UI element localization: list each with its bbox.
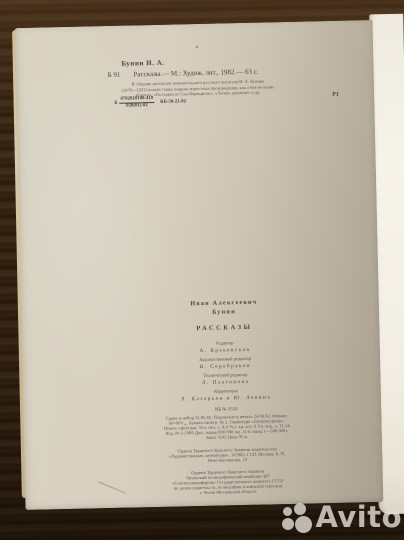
udc-prefix: Б bbox=[114, 100, 117, 105]
catalog-entry-row: Б 91 Рассказы.— М.: Худож. лит., 1982.— … bbox=[108, 67, 259, 78]
avito-watermark: Avito bbox=[282, 500, 402, 534]
udc-fraction: 4702010100-410 028(01)-82 bbox=[119, 96, 154, 109]
udc-denominator: 028(01)-82 bbox=[119, 102, 154, 108]
book-colophon-page: Бунин И. А. Б 91 Рассказы.— М.: Худож. л… bbox=[15, 20, 384, 510]
paper-speck bbox=[196, 46, 198, 48]
imprint-block: Иван Алексеевич Бунин РАССКАЗЫ Редактор … bbox=[114, 297, 338, 497]
udc-code: КБ-50-21-82 bbox=[160, 99, 186, 105]
publisher-block: Ордена Трудового Красного Знамени издате… bbox=[117, 445, 337, 465]
printing-house-block: Ордена Трудового Красного Знамени Чеховс… bbox=[118, 467, 339, 497]
avito-logo-icon bbox=[282, 503, 312, 533]
catalog-title-line: Рассказы.— М.: Худож. лит., 1982.— 63 с. bbox=[133, 67, 258, 78]
catalog-index-code: Б 91 bbox=[108, 70, 121, 78]
photo-canvas: { "colors":{ "wood_background":"#342113"… bbox=[0, 0, 404, 540]
credits-list: Редактор А. Краковская Художественный ре… bbox=[115, 338, 336, 404]
book-title: РАССКАЗЫ bbox=[114, 322, 334, 334]
avito-watermark-text: Avito bbox=[315, 500, 402, 534]
print-info-block: Сдано в набор 31.05.82. Подписано в печа… bbox=[116, 412, 337, 442]
literature-category-code: Р1 bbox=[332, 92, 339, 98]
udc-formula: Б 4702010100-410 028(01)-82 КБ-50-21-82 bbox=[114, 95, 186, 109]
catalog-author-line: Бунин И. А. bbox=[121, 59, 164, 68]
